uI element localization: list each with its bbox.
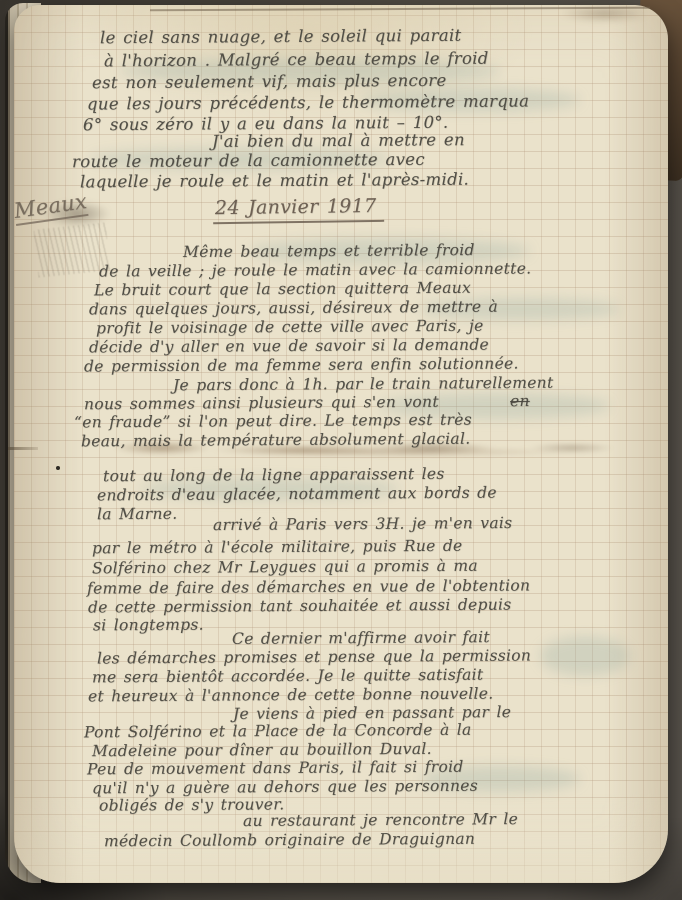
handwriting-line: Madeleine pour dîner au bouillon Duval. (92, 740, 432, 760)
handwriting-line: est non seulement vif, mais plus encore (92, 71, 447, 92)
handwriting-line: et heureux à l'annonce de cette bonne no… (88, 685, 494, 706)
left-edge-crease (8, 447, 38, 450)
handwriting-line: Ce dernier m'affirme avoir fait (232, 628, 490, 648)
handwriting-line: Le bruit court que la section quittera M… (94, 279, 471, 300)
handwriting-line: route le moteur de la camionnette avec (72, 150, 425, 171)
handwriting-line: me sera bientôt accordée. Je le quitte s… (92, 666, 484, 687)
handwriting-line: à l'horizon . Malgré ce beau temps le fr… (104, 49, 489, 71)
handwriting-line: Je pars donc à 1h. par le train naturell… (173, 374, 554, 395)
handwriting-line: si longtemps. (93, 616, 204, 635)
diary-photo: le ciel sans nuage, et le soleil qui par… (0, 0, 682, 900)
handwriting-line: J'ai bien du mal à mettre en (212, 130, 465, 151)
handwriting-line: le ciel sans nuage, et le soleil qui par… (100, 26, 462, 48)
handwriting-line: les démarches promises et pense que la p… (97, 646, 531, 667)
top-right-smudge (560, 0, 650, 34)
handwriting-line: nous sommes ainsi plusieurs qui s'en von… (84, 393, 439, 413)
handwriting-line: décide d'y aller en vue de savoir si la … (89, 336, 489, 357)
handwriting-line: laquelle je roule et le matin et l'après… (80, 170, 469, 192)
handwriting-line: endroits d'eau glacée, notamment aux bor… (97, 484, 497, 505)
handwriting-line: dans quelques jours, aussi, désireux de … (89, 298, 498, 319)
handwriting-line: femme de faire des démarches en vue de l… (87, 576, 530, 597)
entry-date-heading: 24 Janvier 1917 (213, 195, 385, 224)
handwriting-line: la Marne. (97, 505, 178, 524)
crossed-out-word: en (510, 392, 530, 410)
handwriting-line: Pont Solférino et la Place de la Concord… (84, 721, 472, 742)
handwriting-line: médecin Coullomb originaire de Draguigna… (104, 830, 475, 851)
handwriting-line: de la veille ; je roule le matin avec la… (99, 259, 532, 280)
ink-spot (56, 466, 60, 470)
handwriting-line: que les jours précédents, le thermomètre… (87, 91, 529, 113)
handwriting-line: Solférino chez Mr Leygues qui a promis à… (92, 557, 478, 578)
handwriting-line: tout au long de la ligne apparaissent le… (103, 465, 445, 485)
handwriting-line: beau, mais la température absolument gla… (81, 430, 471, 451)
handwriting-line: qu'il n'y a guère au dehors que les pers… (92, 777, 478, 798)
handwriting-line: de permission de ma femme sera enfin sol… (84, 354, 519, 375)
handwriting-line: “en fraude” si l'on peut dire. Le temps … (74, 411, 472, 432)
handwriting-line: arrivé à Paris vers 3H. je m'en vais (213, 514, 512, 534)
handwriting-line: Peu de mouvement dans Paris, il fait si … (87, 758, 464, 779)
handwriting-line: profit le voisinage de cette ville avec … (96, 317, 484, 338)
handwriting-line: au restaurant je rencontre Mr le (243, 810, 518, 830)
handwriting-line: de cette permission tant souhaitée et au… (88, 596, 512, 617)
handwriting-line: par le métro à l'école militaire, puis R… (92, 537, 463, 558)
handwriting-line: Même beau temps et terrible froid (183, 241, 475, 261)
